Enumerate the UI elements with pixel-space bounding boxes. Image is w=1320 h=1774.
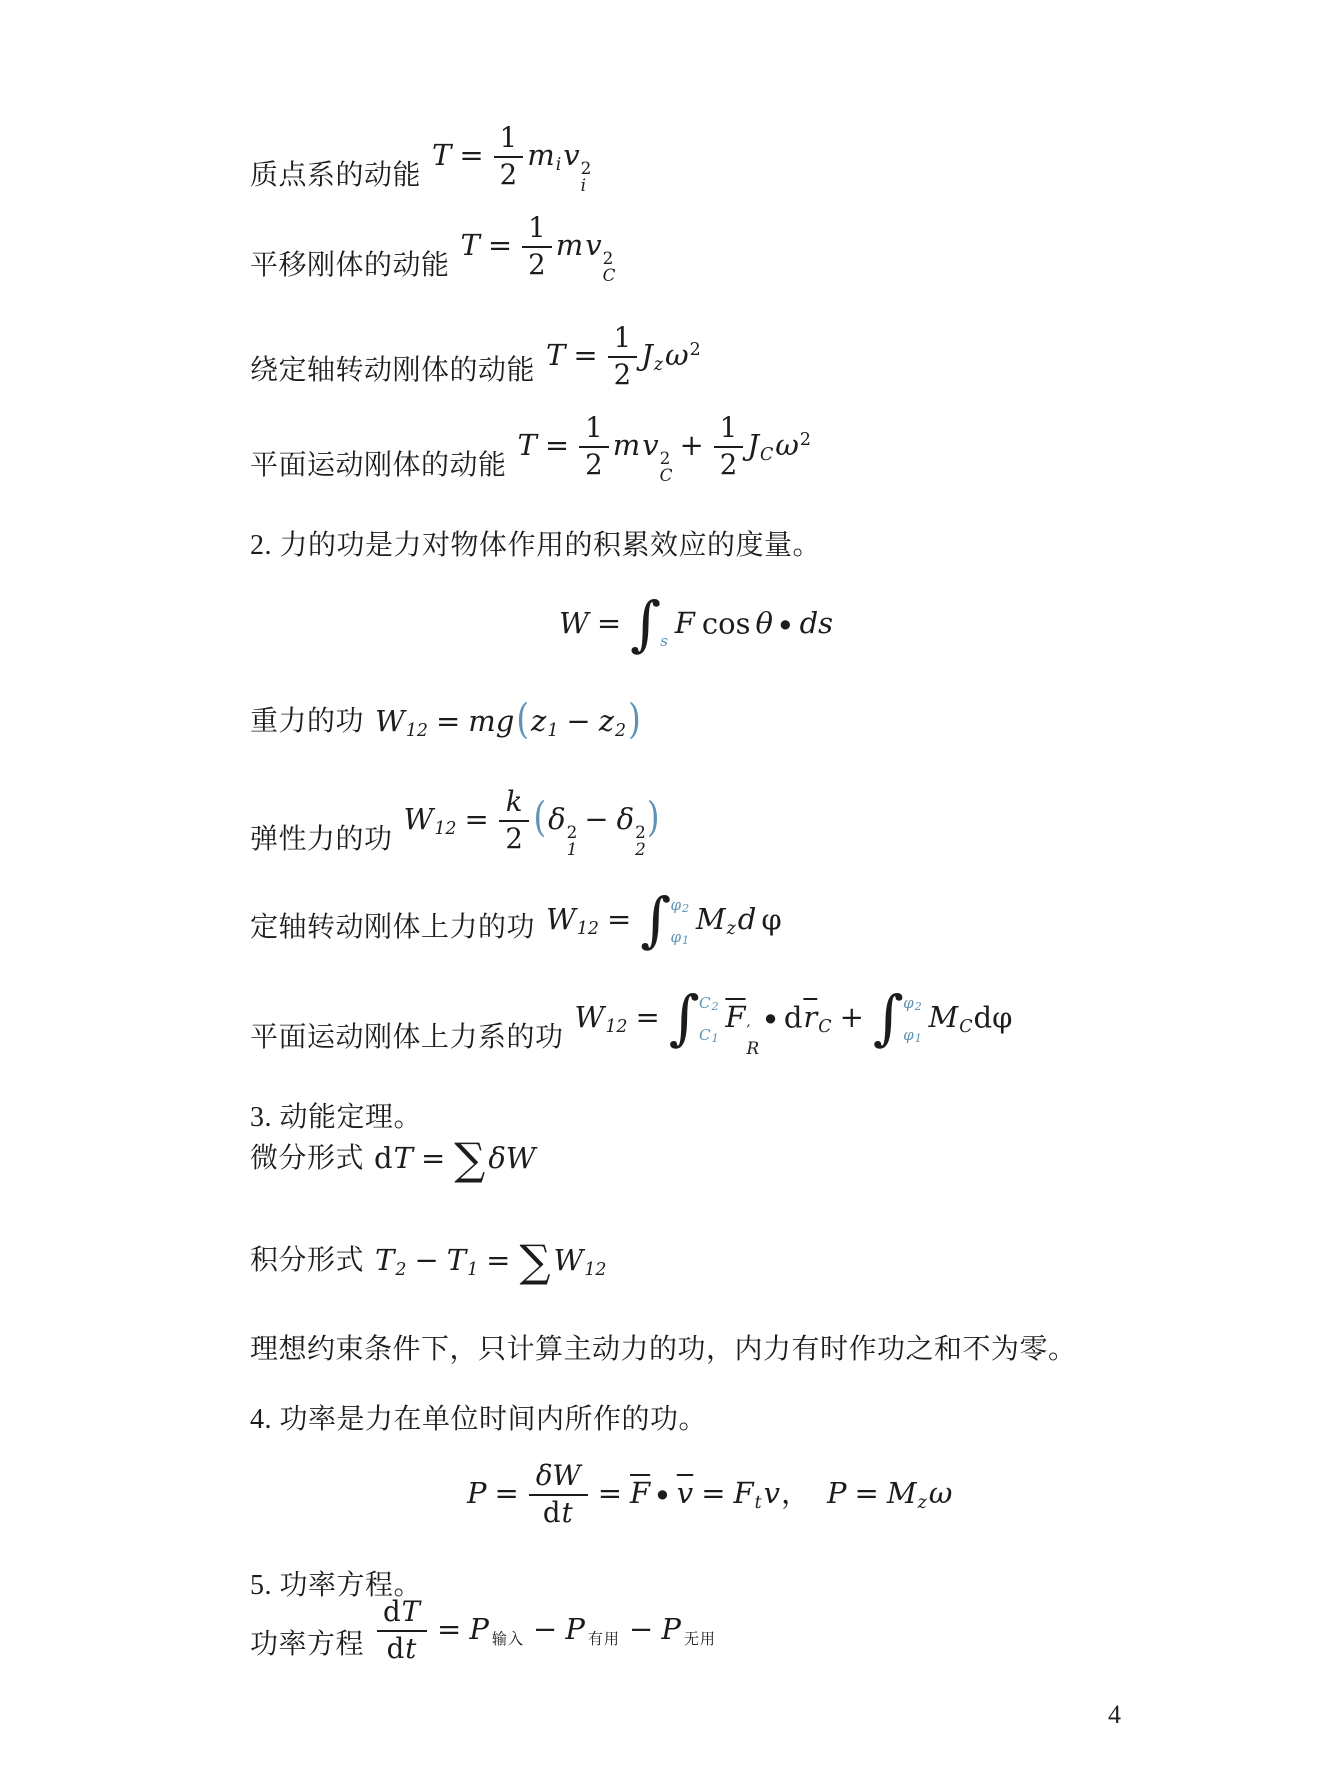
page-number: 4 [1108, 1700, 1121, 1730]
label-power-equation: 功率方程 [250, 1627, 364, 1663]
line-section-4: 4. 功率是力在单位时间内所作的功。 [250, 1402, 707, 1438]
line-integral-form: 积分形式 T2−T1=∑W12 [250, 1242, 608, 1280]
line-work-fixed-axis: 定轴转动刚体上力的功 W12=∫φ2φ1Mzdφ [250, 896, 782, 947]
line-kinetic-fixed-axis: 绕定轴转动刚体的动能 T=12Jzω2 [250, 324, 701, 390]
formula-power-definition: P=δWdt=F●v=Ftv，P=Mzω [466, 1462, 953, 1528]
label-work-fixed-axis: 定轴转动刚体上力的功 [250, 910, 535, 946]
line-power-equation: 功率方程 dTdt=P输入−P有用−P无用 [250, 1598, 718, 1664]
section-3-heading: 3. 动能定理。 [250, 1100, 422, 1136]
section-2-heading: 2. 力的功是力对物体作用的积累效应的度量。 [250, 528, 821, 564]
document-page: 质点系的动能 T=12miv2i 平移刚体的动能 T=12mv2C 绕定轴转动刚… [0, 0, 1320, 1774]
formula-power-equation: dTdt=P输入−P有用−P无用 [374, 1598, 718, 1664]
line-work-spring: 弹性力的功 W12=k2(δ21−δ22) [250, 788, 660, 858]
line-work-planar: 平面运动刚体上力系的功 W12=∫C2C1F′R●drC+∫φ2φ1MCdφ [250, 994, 1012, 1057]
line-ideal-constraint-note: 理想约束条件下，只计算主动力的功，内力有时作功之和不为零。 [250, 1332, 1077, 1368]
formula-work-gravity: W12=mg(z1−z2) [374, 700, 642, 741]
formula-kinetic-fixed-axis: T=12Jzω2 [545, 324, 701, 390]
formula-work-planar: W12=∫C2C1F′R●drC+∫φ2φ1MCdφ [574, 994, 1013, 1057]
label-kinetic-translation: 平移刚体的动能 [250, 248, 450, 284]
section-4-heading: 4. 功率是力在单位时间内所作的功。 [250, 1402, 707, 1438]
formula-differential-form: dT=∑δW [374, 1140, 537, 1178]
formula-work-definition: W=∫sFcosθ●ds [558, 600, 834, 651]
label-kinetic-particle: 质点系的动能 [250, 158, 421, 194]
line-section-2: 2. 力的功是力对物体作用的积累效应的度量。 [250, 528, 821, 564]
formula-kinetic-particle: T=12miv2i [431, 124, 591, 194]
line-kinetic-translation: 平移刚体的动能 T=12mv2C [250, 214, 615, 284]
line-power-definition: P=δWdt=F●v=Ftv，P=Mzω [466, 1462, 953, 1528]
note-ideal-constraint: 理想约束条件下，只计算主动力的功，内力有时作功之和不为零。 [250, 1332, 1077, 1368]
formula-work-spring: W12=k2(δ21−δ22) [403, 788, 661, 858]
line-kinetic-planar: 平面运动刚体的动能 T=12mv2C+12JCω2 [250, 414, 811, 484]
label-differential-form: 微分形式 [250, 1141, 364, 1177]
label-work-planar: 平面运动刚体上力系的功 [250, 1020, 564, 1056]
label-kinetic-planar: 平面运动刚体的动能 [250, 448, 507, 484]
formula-kinetic-translation: T=12mv2C [460, 214, 616, 284]
label-work-spring: 弹性力的功 [250, 822, 393, 858]
label-work-gravity: 重力的功 [250, 704, 364, 740]
line-work-gravity: 重力的功 W12=mg(z1−z2) [250, 700, 642, 741]
line-kinetic-particle: 质点系的动能 T=12miv2i [250, 124, 591, 194]
line-page-number: 4 [1108, 1700, 1121, 1730]
label-kinetic-fixed-axis: 绕定轴转动刚体的动能 [250, 353, 535, 389]
line-differential-form: 微分形式 dT=∑δW [250, 1140, 537, 1178]
label-integral-form: 积分形式 [250, 1243, 364, 1279]
formula-work-fixed-axis: W12=∫φ2φ1Mzdφ [545, 896, 782, 947]
line-section-3: 3. 动能定理。 [250, 1100, 422, 1136]
formula-integral-form: T2−T1=∑W12 [374, 1242, 607, 1280]
formula-kinetic-planar: T=12mv2C+12JCω2 [517, 414, 811, 484]
line-work-definition: W=∫sFcosθ●ds [558, 600, 834, 651]
